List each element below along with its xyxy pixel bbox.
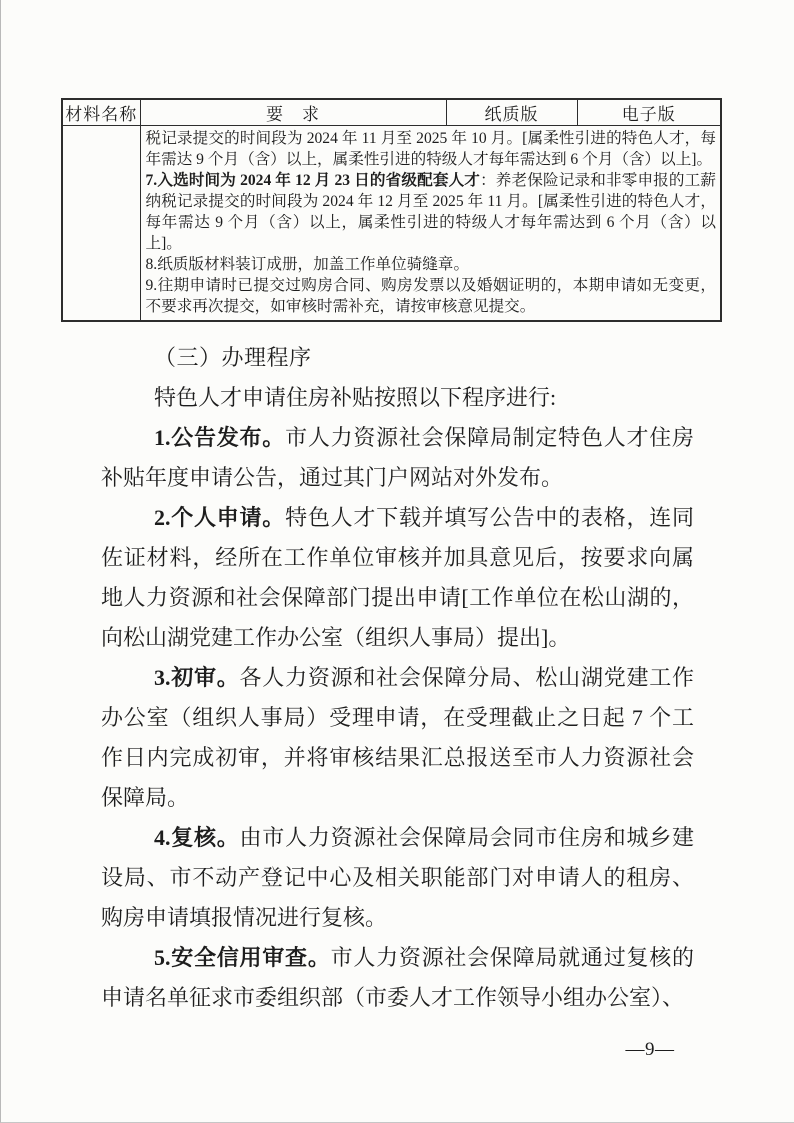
step-2-lead: 2.个人申请。 (154, 505, 285, 530)
document-page: 材料名称 要 求 纸质版 电子版 税记录提交的时间段为 2024 年 11 月至… (0, 0, 794, 1123)
material-name-cell (62, 126, 140, 322)
col-header-material-name: 材料名称 (62, 99, 140, 126)
requirement-item-7: 7.入选时间为 2024 年 12 月 23 日的省级配套人才：养老保险记录和非… (146, 170, 717, 254)
table-header-row: 材料名称 要 求 纸质版 电子版 (62, 99, 721, 126)
requirement-continued-text: 税记录提交的时间段为 2024 年 11 月至 2025 年 10 月。[属柔性… (146, 128, 717, 170)
intro-line: 特色人才申请住房补贴按照以下程序进行: (101, 378, 694, 418)
materials-table: 材料名称 要 求 纸质版 电子版 税记录提交的时间段为 2024 年 11 月至… (61, 98, 722, 322)
col-header-requirement: 要 求 (140, 99, 446, 126)
procedure-step-2: 2.个人申请。特色人才下载并填写公告中的表格，连同佐证材料，经所在工作单位审核并… (101, 498, 694, 658)
step-4-lead: 4.复核。 (154, 825, 240, 850)
procedure-step-5: 5.安全信用审查。市人力资源社会保障局就通过复核的申请名单征求市委组织部（市委人… (101, 938, 694, 1018)
step-1-lead: 1.公告发布。 (154, 425, 285, 450)
requirement-item-7-lead: 7.入选时间为 2024 年 12 月 23 日的省级配套人才 (146, 172, 481, 189)
requirement-cell: 税记录提交的时间段为 2024 年 11 月至 2025 年 10 月。[属柔性… (140, 126, 721, 322)
table-row: 税记录提交的时间段为 2024 年 11 月至 2025 年 10 月。[属柔性… (62, 126, 721, 322)
procedure-step-3: 3.初审。各人力资源和社会保障分局、松山湖党建工作办公室（组织人事局）受理申请，… (101, 658, 694, 818)
col-header-paper-version: 纸质版 (446, 99, 577, 126)
step-5-lead: 5.安全信用审查。 (154, 945, 331, 970)
step-3-lead: 3.初审。 (154, 665, 240, 690)
procedure-step-1: 1.公告发布。市人力资源社会保障局制定特色人才住房补贴年度申请公告，通过其门户网… (101, 418, 694, 498)
col-header-electronic-version: 电子版 (577, 99, 721, 126)
requirement-item-9: 9.往期申请时已提交过购房合同、购房发票以及婚姻证明的，本期申请如无变更，不要求… (146, 275, 717, 317)
section-heading: （三）办理程序 (101, 338, 694, 378)
body-content: （三）办理程序 特色人才申请住房补贴按照以下程序进行: 1.公告发布。市人力资源… (101, 338, 694, 1018)
requirement-item-8: 8.纸质版材料装订成册，加盖工作单位骑缝章。 (146, 254, 717, 275)
page-number: —9— (605, 1039, 695, 1061)
procedure-step-4: 4.复核。由市人力资源社会保障局会同市住房和城乡建设局、市不动产登记中心及相关职… (101, 818, 694, 938)
